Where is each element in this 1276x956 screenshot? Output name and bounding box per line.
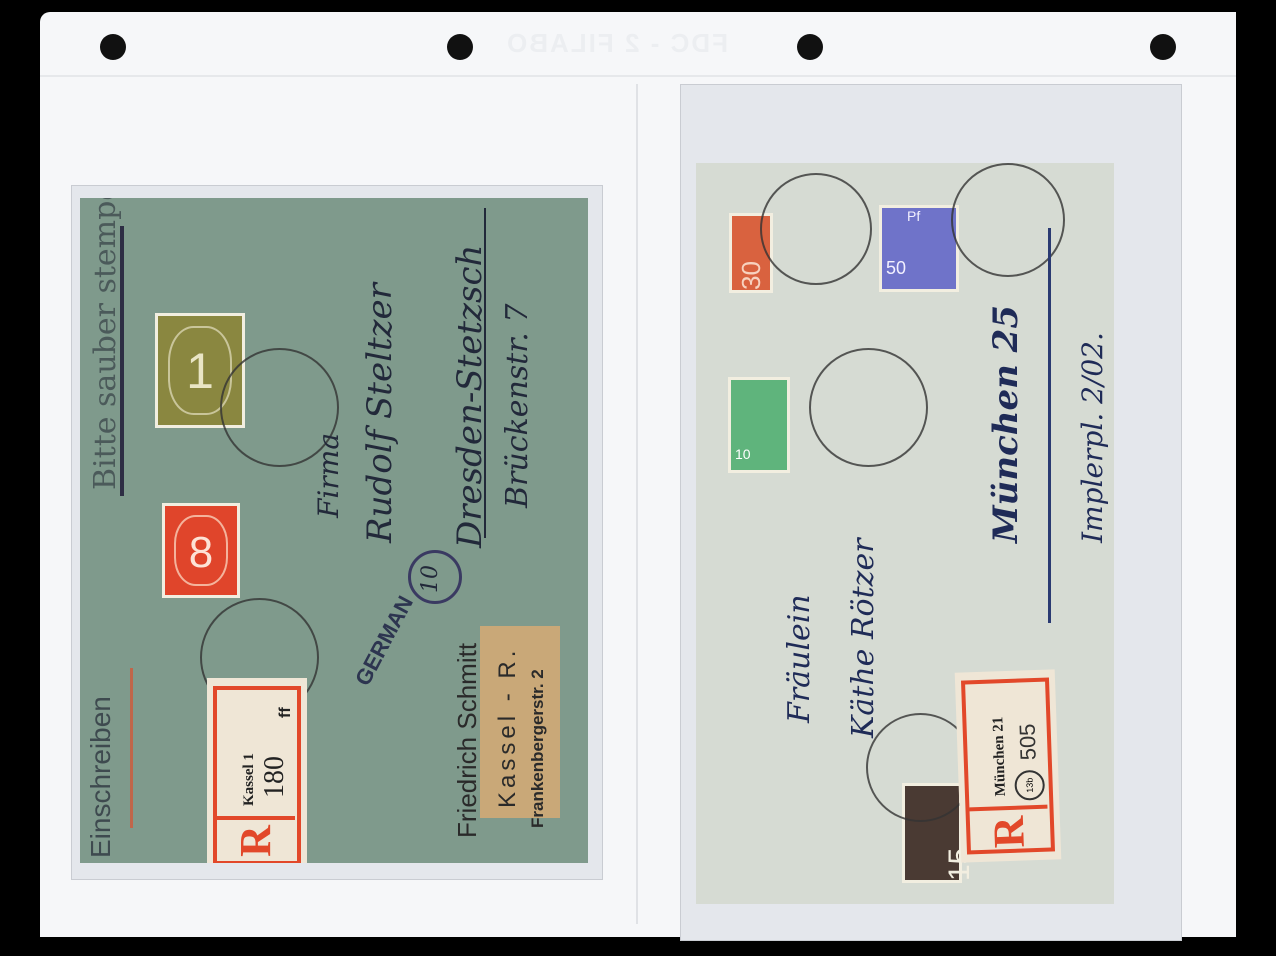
right-cover: 30 50 Pf 10 15 Fräulein Käthe Rötzer Mün… <box>696 163 1114 904</box>
mail-type: Einschreiben <box>85 696 117 858</box>
pocket-seam <box>40 75 1236 77</box>
recipient-name: Käthe Rötzer <box>846 538 881 738</box>
punch-hole <box>1150 34 1176 60</box>
punch-hole <box>100 34 126 60</box>
brand-watermark: FDC - 2 FILABO <box>505 28 728 59</box>
stamp-8: 8 <box>162 503 240 598</box>
pocket-divider <box>636 84 638 924</box>
sender-name: Friedrich Schmitt <box>452 643 483 838</box>
city-underline <box>484 208 486 538</box>
underline <box>120 226 124 496</box>
postal-zone: 10 <box>418 565 443 593</box>
recipient-salutation: Fräulein <box>782 594 817 723</box>
punch-hole <box>797 34 823 60</box>
recipient-firm: Firma <box>312 433 345 518</box>
registration-label: R Kassel 1 180 ff <box>207 678 307 863</box>
sender-street: Frankenbergerstr. 2 <box>528 669 548 828</box>
stamp-50: 50 Pf <box>879 205 959 292</box>
recipient-street: Brückenstr. 7 <box>500 304 535 508</box>
stamp-10: 10 <box>728 377 790 473</box>
registration-label: R München 21 505 13b <box>955 669 1062 862</box>
recipient-street: Implerpl. 2/02. <box>1076 332 1109 543</box>
punch-hole <box>447 34 473 60</box>
red-underline <box>130 668 133 828</box>
left-cover: Bitte sauber stempeln! Einschreiben 1 8 … <box>80 198 588 863</box>
instruction-text: Bitte sauber stempeln! <box>88 198 123 490</box>
city-underline <box>1048 228 1051 623</box>
postmark <box>809 348 928 467</box>
recipient-name: Rudolf Steltzer <box>360 283 400 543</box>
country-stamp: GERMAN <box>350 592 419 691</box>
postmark <box>760 173 872 285</box>
recipient-city: München 25 <box>986 305 1026 543</box>
sender-city: Kassel - R. <box>494 647 522 808</box>
